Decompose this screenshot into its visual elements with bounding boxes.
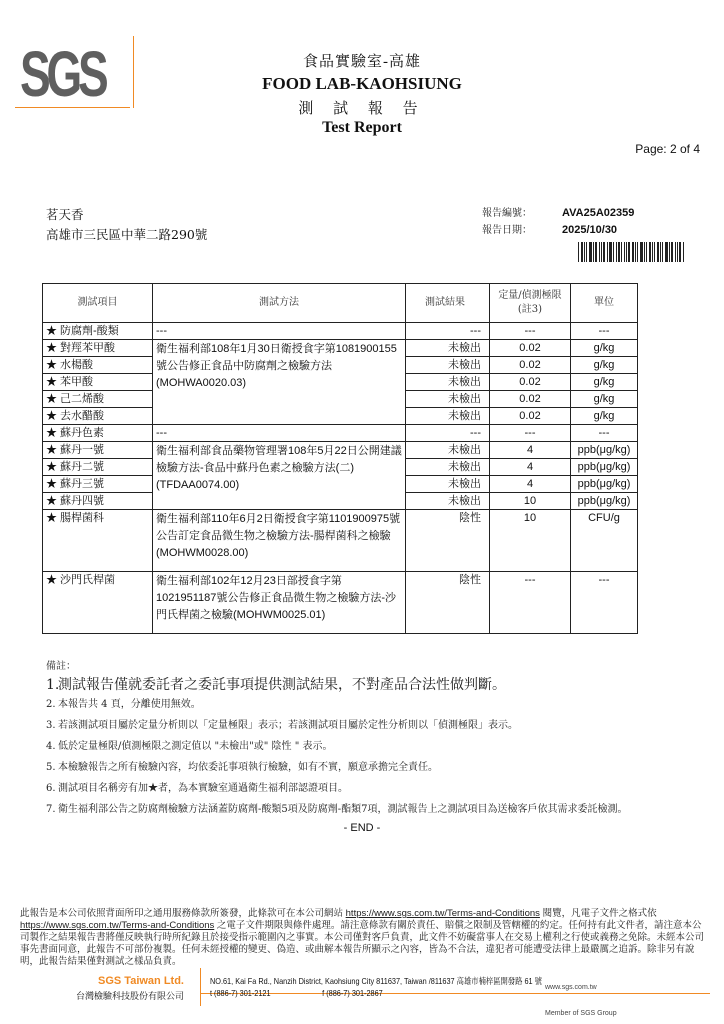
barcode-bar <box>616 242 617 262</box>
company-name-en: SGS Taiwan Ltd. <box>76 975 184 987</box>
notes-section: 備註： 1.測試報告僅就委託者之委託事項提供測試結果，不對產品合法性做判斷。 2… <box>46 657 686 824</box>
cell-limit: 10 <box>490 510 571 572</box>
cell-limit: 4 <box>490 442 571 459</box>
cell-result: 未檢出 <box>406 340 490 357</box>
cell-unit: ppb(μg/kg) <box>571 476 638 493</box>
company-name-zh: 台灣檢驗科技股份有限公司 <box>76 989 184 1002</box>
note-item: 5.本檢驗報告之所有檢驗內容，均依委託事項執行檢驗，如有不實，願意承擔完全責任。 <box>46 761 686 775</box>
company-name: SGS Taiwan Ltd. 台灣檢驗科技股份有限公司 <box>76 975 184 1002</box>
client-info: 茗天香 高雄市三民區中華二路290號 <box>46 205 207 245</box>
company-website: www.sgs.com.tw <box>545 984 597 991</box>
barcode-bar <box>603 242 605 262</box>
client-address: 高雄市三民區中華二路290號 <box>46 225 207 245</box>
report-number-label: 報告編號： <box>482 205 562 222</box>
barcode-bar <box>595 242 597 262</box>
report-title-zh: 測 試 報 告 <box>0 97 724 118</box>
cell-unit: --- <box>571 323 638 340</box>
note-item: 2.本報告共 4 頁，分離使用無效。 <box>46 698 686 712</box>
cell-limit: 0.02 <box>490 408 571 425</box>
cell-unit: g/kg <box>571 374 638 391</box>
company-tel: t (886-7) 301-2121 <box>210 988 271 998</box>
table-row: ★ 對羥苯甲酸 衛生福利部108年1月30日衛授食字第1081900155號公告… <box>43 340 638 357</box>
report-date: 2025/10/30 <box>562 224 617 236</box>
cell-item: ★ 己二烯酸 <box>43 391 153 408</box>
report-title-en: Test Report <box>0 119 724 137</box>
barcode-bar <box>646 242 647 262</box>
cell-result: 未檢出 <box>406 374 490 391</box>
col-header-limit: 定量/偵測極限(註3) <box>490 284 571 323</box>
cell-result: 陰性 <box>406 572 490 634</box>
cell-limit: 10 <box>490 493 571 510</box>
barcode-bar <box>609 242 612 262</box>
barcode-bar <box>613 242 614 262</box>
report-date-label: 報告日期： <box>482 222 562 239</box>
cell-method: --- <box>153 323 406 340</box>
cell-result: 未檢出 <box>406 408 490 425</box>
cell-limit: 4 <box>490 476 571 493</box>
cell-item: ★ 防腐劑-酸類 <box>43 323 153 340</box>
cell-unit: CFU/g <box>571 510 638 572</box>
cell-limit: --- <box>490 425 571 442</box>
barcode-bar <box>586 242 587 262</box>
cell-unit: g/kg <box>571 408 638 425</box>
report-number: AVA25A02359 <box>562 207 634 219</box>
cell-item: ★ 去水醋酸 <box>43 408 153 425</box>
disclaimer: 此報告是本公司依照背面所印之通用服務條款所簽發，此條款可在本公司網站 https… <box>20 908 710 968</box>
barcode-bar <box>607 242 608 262</box>
cell-result: 未檢出 <box>406 459 490 476</box>
cell-limit: 4 <box>490 459 571 476</box>
barcode-bar <box>581 242 583 262</box>
cell-limit: --- <box>490 572 571 634</box>
barcode-bar <box>671 242 673 262</box>
barcode-bar <box>660 242 661 262</box>
barcode-bar <box>635 242 636 262</box>
cell-method: --- <box>153 425 406 442</box>
barcode-bar <box>665 242 668 262</box>
note-item: 4.低於定量極限/偵測極限之測定值以 "未檢出"或" 陰性 " 表示。 <box>46 740 686 754</box>
notes-title: 備註： <box>46 657 686 672</box>
col-header-result: 測試結果 <box>406 284 490 323</box>
barcode-bar <box>637 242 638 262</box>
cell-unit: g/kg <box>571 391 638 408</box>
results-table: 測試項目 測試方法 測試結果 定量/偵測極限(註3) 單位 ★ 防腐劑-酸類 -… <box>42 283 638 634</box>
barcode-bar <box>669 242 670 262</box>
client-name: 茗天香 <box>46 205 207 225</box>
cell-unit: --- <box>571 425 638 442</box>
cell-unit: ppb(μg/kg) <box>571 459 638 476</box>
footer-orange-vline <box>200 968 201 1006</box>
barcode-bar <box>626 242 627 262</box>
cell-result: 未檢出 <box>406 391 490 408</box>
barcode-bar <box>654 242 655 262</box>
report-meta: 報告編號：AVA25A02359 報告日期：2025/10/30 <box>482 205 634 239</box>
terms-link[interactable]: https://www.sgs.com.tw/Terms-and-Conditi… <box>346 908 540 919</box>
note-item: 1.測試報告僅就委託者之委託事項提供測試結果，不對產品合法性做判斷。 <box>46 678 686 692</box>
company-address: NO.61, Kai Fa Rd., Nanzih District, Kaoh… <box>210 975 542 999</box>
col-header-unit: 單位 <box>571 284 638 323</box>
barcode-bar <box>621 242 622 262</box>
cell-item: ★ 蘇丹色素 <box>43 425 153 442</box>
note-item: 3.若該測試項目屬於定量分析則以「定量極限」表示；若該測試項目屬於定性分析則以「… <box>46 719 686 733</box>
cell-method: 衛生福利部食品藥物管理署108年5月22日公開建議檢驗方法-食品中蘇丹色素之檢驗… <box>153 442 406 510</box>
barcode-bar <box>644 242 645 262</box>
terms-link-2[interactable]: https://www.sgs.com.tw/Terms-and-Conditi… <box>20 920 214 931</box>
cell-item: ★ 蘇丹三號 <box>43 476 153 493</box>
cell-method: 衛生福利部102年12月23日部授食字第1021951187號公告修正食品微生物… <box>153 572 406 634</box>
lab-name-zh: 食品實驗室-高雄 <box>0 50 724 71</box>
cell-result: 未檢出 <box>406 357 490 374</box>
cell-unit: ppb(μg/kg) <box>571 442 638 459</box>
end-marker: - END - <box>0 822 724 834</box>
barcode-bar <box>662 242 663 262</box>
company-fax: f (886-7) 301-2867 <box>322 988 383 998</box>
cell-unit: ppb(μg/kg) <box>571 493 638 510</box>
barcode-bar <box>601 242 602 262</box>
table-row: ★ 沙門氏桿菌 衛生福利部102年12月23日部授食字第1021951187號公… <box>43 572 638 634</box>
cell-item: ★ 對羥苯甲酸 <box>43 340 153 357</box>
cell-limit: 0.02 <box>490 357 571 374</box>
cell-result: --- <box>406 425 490 442</box>
cell-item: ★ 蘇丹一號 <box>43 442 153 459</box>
barcode-bar <box>624 242 625 262</box>
page-number: Page: 2 of 4 <box>635 142 700 156</box>
barcode-bar <box>677 242 678 262</box>
member-of-sgs: Member of SGS Group <box>545 1010 617 1017</box>
cell-limit: 0.02 <box>490 374 571 391</box>
barcode-bar <box>632 242 634 262</box>
barcode-bar <box>649 242 651 262</box>
cell-method: 衛生福利部108年1月30日衛授食字第1081900155號公告修正食品中防腐劑… <box>153 340 406 425</box>
table-row: ★ 蘇丹一號 衛生福利部食品藥物管理署108年5月22日公開建議檢驗方法-食品中… <box>43 442 638 459</box>
barcode-bar <box>675 242 676 262</box>
cell-item: ★ 蘇丹二號 <box>43 459 153 476</box>
cell-unit: g/kg <box>571 357 638 374</box>
cell-item: ★ 腸桿菌科 <box>43 510 153 572</box>
barcode-bar <box>599 242 600 262</box>
cell-result: --- <box>406 323 490 340</box>
barcode <box>578 242 693 262</box>
cell-result: 未檢出 <box>406 442 490 459</box>
cell-result: 未檢出 <box>406 493 490 510</box>
cell-limit: --- <box>490 323 571 340</box>
cell-item: ★ 蘇丹四號 <box>43 493 153 510</box>
barcode-bar <box>683 242 684 262</box>
barcode-bar <box>628 242 630 262</box>
barcode-bar <box>657 242 659 262</box>
barcode-bar <box>652 242 653 262</box>
table-row: ★ 腸桿菌科 衛生福利部110年6月2日衛授食字第1101900975號公告訂定… <box>43 510 638 572</box>
table-row: ★ 防腐劑-酸類 --- --- --- --- <box>43 323 638 340</box>
cell-unit: g/kg <box>571 340 638 357</box>
cell-result: 未檢出 <box>406 476 490 493</box>
barcode-bar <box>618 242 620 262</box>
cell-unit: --- <box>571 572 638 634</box>
cell-limit: 0.02 <box>490 340 571 357</box>
barcode-bar <box>578 242 579 262</box>
cell-item: ★ 苯甲酸 <box>43 374 153 391</box>
barcode-bar <box>640 242 643 262</box>
barcode-bar <box>589 242 592 262</box>
cell-item: ★ 水楊酸 <box>43 357 153 374</box>
note-item: 6.測試項目名稱旁有加★者，為本實驗室通過衛生福利部認證項目。 <box>46 782 686 796</box>
lab-name-en: FOOD LAB-KAOHSIUNG <box>0 74 724 94</box>
barcode-bar <box>584 242 585 262</box>
barcode-bar <box>679 242 681 262</box>
note-item: 7.衛生福利部公告之防腐劑檢驗方法涵蓋防腐劑-酸類5項及防腐劑-酯類7項，測試報… <box>46 803 686 817</box>
col-header-item: 測試項目 <box>43 284 153 323</box>
cell-item: ★ 沙門氏桿菌 <box>43 572 153 634</box>
table-row: ★ 蘇丹色素 --- --- --- --- <box>43 425 638 442</box>
col-header-method: 測試方法 <box>153 284 406 323</box>
cell-result: 陰性 <box>406 510 490 572</box>
table-header-row: 測試項目 測試方法 測試結果 定量/偵測極限(註3) 單位 <box>43 284 638 323</box>
barcode-bar <box>593 242 594 262</box>
cell-method: 衛生福利部110年6月2日衛授食字第1101900975號公告訂定食品微生物之檢… <box>153 510 406 572</box>
cell-limit: 0.02 <box>490 391 571 408</box>
